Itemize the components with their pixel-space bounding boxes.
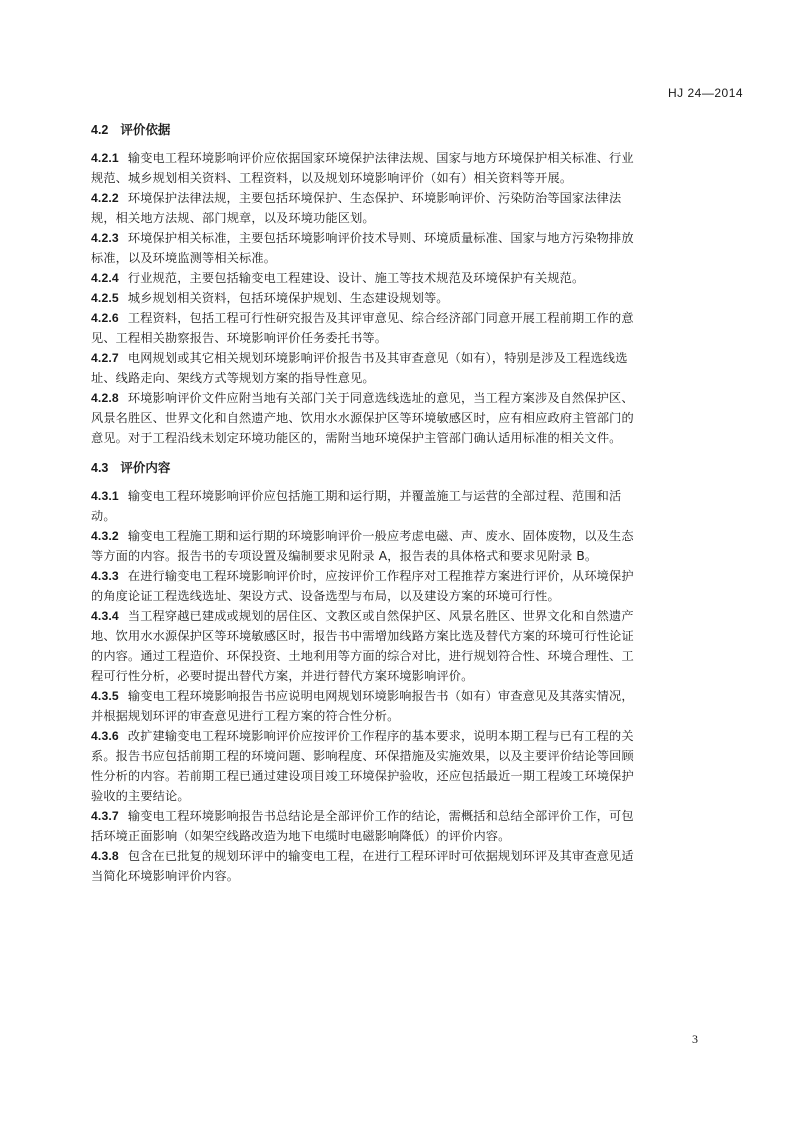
clause-text: 的内容。通过工程造价、环保投资、土地利用等方面的综合对比，进行规划符合性、环境合…	[91, 649, 634, 663]
clause: 4.2.7电网规划或其它相关规划环境影响评价报告书及其审查意见（如有），特别是涉…	[91, 348, 711, 388]
clause-line: 4.2.5城乡规划相关资料，包括环境保护规划、生态建设规划等。	[91, 288, 711, 308]
clause-text: 验收的主要结论。	[91, 789, 190, 803]
section-title: 评价依据	[120, 122, 170, 137]
clause-number: 4.2.4	[91, 271, 119, 285]
clause-text: 地、饮用水水源保护区等环境敏感区时，报告书中需增加线路方案比选及替代方案的环境可…	[91, 629, 634, 643]
clause-text: 性分析的内容。若前期工程已通过建设项目竣工环境保护验收，还应包括最近一期工程竣工…	[91, 769, 634, 783]
clause-text: 输变电工程环境影响报告书总结论是全部评价工作的结论，需概括和总结全部评价工作，可…	[128, 809, 634, 823]
clause-line: 的内容。通过工程造价、环保投资、土地利用等方面的综合对比，进行规划符合性、环境合…	[91, 646, 711, 666]
clause: 4.3.6改扩建输变电工程环境影响评价应按评价工作程序的基本要求，说明本期工程与…	[91, 726, 711, 806]
clause-number: 4.2.5	[91, 291, 119, 305]
clause-text: 当工程穿越已建成或规划的居住区、文教区或自然保护区、风景名胜区、世界文化和自然遗…	[128, 609, 634, 623]
page-content: 4.2评价依据4.2.1输变电工程环境影响评价应依据国家环境保护法律法规、国家与…	[91, 120, 711, 886]
clause-line: 规范、城乡规划相关资料、工程资料，以及规划环境影响评价（如有）相关资料等开展。	[91, 168, 711, 188]
clause-text: 并根据规划环评的审查意见进行工程方案的符合性分析。	[91, 709, 399, 723]
clause-line: 地、饮用水水源保护区等环境敏感区时，报告书中需增加线路方案比选及替代方案的环境可…	[91, 626, 711, 646]
clause: 4.2.6工程资料，包括工程可行性研究报告及其评审意见、综合经济部门同意开展工程…	[91, 308, 711, 348]
standard-code: HJ 24—2014	[668, 86, 743, 100]
clause: 4.3.4当工程穿越已建成或规划的居住区、文教区或自然保护区、风景名胜区、世界文…	[91, 606, 711, 686]
clause-line: 性分析的内容。若前期工程已通过建设项目竣工环境保护验收，还应包括最近一期工程竣工…	[91, 766, 711, 786]
clause-line: 意见。对于工程沿线未划定环境功能区的，需附当地环境保护主管部门确认适用标准的相关…	[91, 428, 711, 448]
clause-line: 动。	[91, 506, 711, 526]
clause-number: 4.3.2	[91, 529, 119, 543]
clause: 4.2.2环境保护法律法规，主要包括环境保护、生态保护、环境影响评价、污染防治等…	[91, 188, 711, 228]
clause-text: 电网规划或其它相关规划环境影响评价报告书及其审查意见（如有），特别是涉及工程选线…	[128, 351, 628, 365]
clause-number: 4.3.8	[91, 849, 119, 863]
clause-number: 4.2.6	[91, 311, 119, 325]
clause-line: 系。报告书应包括前期工程的环境问题、影响程度、环保措施及实施效果，以及主要评价结…	[91, 746, 711, 766]
clause-text: 环境保护相关标准，主要包括环境影响评价技术导则、环境质量标准、国家与地方污染物排…	[128, 231, 634, 245]
clause-number: 4.2.2	[91, 191, 119, 205]
section-title: 评价内容	[120, 460, 170, 475]
clause-line: 4.2.8环境影响评价文件应附当地有关部门关于同意选线选址的意见，当工程方案涉及…	[91, 388, 711, 408]
clause-line: 4.3.8包含在已批复的规划环评中的输变电工程，在进行工程环评时可依据规划环评及…	[91, 846, 711, 866]
clause-line: 4.2.7电网规划或其它相关规划环境影响评价报告书及其审查意见（如有），特别是涉…	[91, 348, 711, 368]
clause-line: 4.2.6工程资料，包括工程可行性研究报告及其评审意见、综合经济部门同意开展工程…	[91, 308, 711, 328]
clause-line: 等方面的内容。报告书的专项设置及编制要求见附录 A，报告表的具体格式和要求见附录…	[91, 546, 711, 566]
clause: 4.2.4行业规范，主要包括输变电工程建设、设计、施工等技术规范及环境保护有关规…	[91, 268, 711, 288]
clause-line: 括环境正面影响（如架空线路改造为地下电缆时电磁影响降低）的评价内容。	[91, 826, 711, 846]
clause-line: 4.3.2输变电工程施工期和运行期的环境影响评价一般应考虑电磁、声、废水、固体废…	[91, 526, 711, 546]
clause-text: 改扩建输变电工程环境影响评价应按评价工作程序的基本要求，说明本期工程与已有工程的…	[128, 729, 634, 743]
clause-text: 的角度论证工程选线选址、架设方式、设备选型与布局，以及建设方案的环境可行性。	[91, 589, 560, 603]
clause-number: 4.2.7	[91, 351, 119, 365]
clause-line: 4.2.3环境保护相关标准，主要包括环境影响评价技术导则、环境质量标准、国家与地…	[91, 228, 711, 248]
clause-text: 规，相关地方法规、部门规章，以及环境功能区划。	[91, 211, 375, 225]
clause-text: 括环境正面影响（如架空线路改造为地下电缆时电磁影响降低）的评价内容。	[91, 829, 510, 843]
clause: 4.3.5输变电工程环境影响报告书应说明电网规划环境影响报告书（如有）审查意见及…	[91, 686, 711, 726]
clause-text: 动。	[91, 509, 116, 523]
clause-number: 4.3.1	[91, 489, 119, 503]
clause: 4.3.2输变电工程施工期和运行期的环境影响评价一般应考虑电磁、声、废水、固体废…	[91, 526, 711, 566]
section-number: 4.3	[91, 461, 108, 475]
clause-text: 行业规范，主要包括输变电工程建设、设计、施工等技术规范及环境保护有关规范。	[128, 271, 585, 285]
clause: 4.3.3在进行输变电工程环境影响评价时，应按评价工作程序对工程推荐方案进行评价…	[91, 566, 711, 606]
clause-text: 等方面的内容。报告书的专项设置及编制要求见附录 A，报告表的具体格式和要求见附录…	[91, 549, 597, 563]
clause-text: 环境保护法律法规，主要包括环境保护、生态保护、环境影响评价、污染防治等国家法律法	[128, 191, 622, 205]
clause-number: 4.3.5	[91, 689, 119, 703]
clause-number: 4.3.4	[91, 609, 119, 623]
clause-text: 输变电工程环境影响评价应依据国家环境保护法律法规、国家与地方环境保护相关标准、行…	[128, 151, 634, 165]
clause-line: 规，相关地方法规、部门规章，以及环境功能区划。	[91, 208, 711, 228]
clause-line: 4.3.3在进行输变电工程环境影响评价时，应按评价工作程序对工程推荐方案进行评价…	[91, 566, 711, 586]
clause-line: 4.2.4行业规范，主要包括输变电工程建设、设计、施工等技术规范及环境保护有关规…	[91, 268, 711, 288]
clause-text: 输变电工程环境影响报告书应说明电网规划环境影响报告书（如有）审查意见及其落实情况…	[128, 689, 634, 703]
clause-line: 4.2.2环境保护法律法规，主要包括环境保护、生态保护、环境影响评价、污染防治等…	[91, 188, 711, 208]
clause-text: 意见。对于工程沿线未划定环境功能区的，需附当地环境保护主管部门确认适用标准的相关…	[91, 431, 622, 445]
clause-text: 址、线路走向、架线方式等规划方案的指导性意见。	[91, 371, 375, 385]
clause-text: 包含在已批复的规划环评中的输变电工程，在进行工程环评时可依据规划环评及其审查意见…	[128, 849, 634, 863]
clause-text: 当简化环境影响评价内容。	[91, 869, 239, 883]
clause: 4.2.5城乡规划相关资料，包括环境保护规划、生态建设规划等。	[91, 288, 711, 308]
clause-number: 4.3.3	[91, 569, 119, 583]
clause-line: 当简化环境影响评价内容。	[91, 866, 711, 886]
clause-line: 风景名胜区、世界文化和自然遗产地、饮用水水源保护区等环境敏感区时，应有相应政府主…	[91, 408, 711, 428]
clause-text: 输变电工程环境影响评价应包括施工期和运行期，并覆盖施工与运营的全部过程、范围和活	[128, 489, 622, 503]
clause-line: 并根据规划环评的审查意见进行工程方案的符合性分析。	[91, 706, 711, 726]
clause-line: 4.3.1输变电工程环境影响评价应包括施工期和运行期，并覆盖施工与运营的全部过程…	[91, 486, 711, 506]
clause-number: 4.3.7	[91, 809, 119, 823]
clause-text: 环境影响评价文件应附当地有关部门关于同意选线选址的意见，当工程方案涉及自然保护区…	[128, 391, 634, 405]
clause-text: 工程资料，包括工程可行性研究报告及其评审意见、综合经济部门同意开展工程前期工作的…	[128, 311, 634, 325]
clause-number: 4.2.3	[91, 231, 119, 245]
page-number: 3	[692, 1032, 698, 1047]
clause-number: 4.2.8	[91, 391, 119, 405]
clause-text: 城乡规划相关资料，包括环境保护规划、生态建设规划等。	[128, 291, 449, 305]
clause-line: 4.3.5输变电工程环境影响报告书应说明电网规划环境影响报告书（如有）审查意见及…	[91, 686, 711, 706]
section-number: 4.2	[91, 123, 108, 137]
clause: 4.3.7输变电工程环境影响报告书总结论是全部评价工作的结论，需概括和总结全部评…	[91, 806, 711, 846]
clause-line: 4.3.4当工程穿越已建成或规划的居住区、文教区或自然保护区、风景名胜区、世界文…	[91, 606, 711, 626]
clause-number: 4.2.1	[91, 151, 119, 165]
clause-line: 4.3.7输变电工程环境影响报告书总结论是全部评价工作的结论，需概括和总结全部评…	[91, 806, 711, 826]
clause: 4.2.1输变电工程环境影响评价应依据国家环境保护法律法规、国家与地方环境保护相…	[91, 148, 711, 188]
clause-text: 程可行性分析，必要时提出替代方案，并进行替代方案环境影响评价。	[91, 669, 473, 683]
clause-line: 4.3.6改扩建输变电工程环境影响评价应按评价工作程序的基本要求，说明本期工程与…	[91, 726, 711, 746]
clause-line: 的角度论证工程选线选址、架设方式、设备选型与布局，以及建设方案的环境可行性。	[91, 586, 711, 606]
clause: 4.3.8包含在已批复的规划环评中的输变电工程，在进行工程环评时可依据规划环评及…	[91, 846, 711, 886]
sections-container: 4.2评价依据4.2.1输变电工程环境影响评价应依据国家环境保护法律法规、国家与…	[91, 120, 711, 886]
clause-line: 址、线路走向、架线方式等规划方案的指导性意见。	[91, 368, 711, 388]
section-heading: 4.2评价依据	[91, 120, 711, 140]
clause-text: 输变电工程施工期和运行期的环境影响评价一般应考虑电磁、声、废水、固体废物，以及生…	[128, 529, 634, 543]
clause-text: 风景名胜区、世界文化和自然遗产地、饮用水水源保护区等环境敏感区时，应有相应政府主…	[91, 411, 634, 425]
clause-line: 4.2.1输变电工程环境影响评价应依据国家环境保护法律法规、国家与地方环境保护相…	[91, 148, 711, 168]
clause-number: 4.3.6	[91, 729, 119, 743]
clause-text: 系。报告书应包括前期工程的环境问题、影响程度、环保措施及实施效果，以及主要评价结…	[91, 749, 634, 763]
clause: 4.2.3环境保护相关标准，主要包括环境影响评价技术导则、环境质量标准、国家与地…	[91, 228, 711, 268]
clause-line: 验收的主要结论。	[91, 786, 711, 806]
clause: 4.2.8环境影响评价文件应附当地有关部门关于同意选线选址的意见，当工程方案涉及…	[91, 388, 711, 448]
clause-text: 在进行输变电工程环境影响评价时，应按评价工作程序对工程推荐方案进行评价，从环境保…	[128, 569, 634, 583]
clause-line: 程可行性分析，必要时提出替代方案，并进行替代方案环境影响评价。	[91, 666, 711, 686]
clause: 4.3.1输变电工程环境影响评价应包括施工期和运行期，并覆盖施工与运营的全部过程…	[91, 486, 711, 526]
section-heading: 4.3评价内容	[91, 458, 711, 478]
clause-line: 见、工程相关勘察报告、环境影响评价任务委托书等。	[91, 328, 711, 348]
clause-text: 标准，以及环境监测等相关标准。	[91, 251, 276, 265]
clause-line: 标准，以及环境监测等相关标准。	[91, 248, 711, 268]
clause-text: 见、工程相关勘察报告、环境影响评价任务委托书等。	[91, 331, 387, 345]
clause-text: 规范、城乡规划相关资料、工程资料，以及规划环境影响评价（如有）相关资料等开展。	[91, 171, 572, 185]
